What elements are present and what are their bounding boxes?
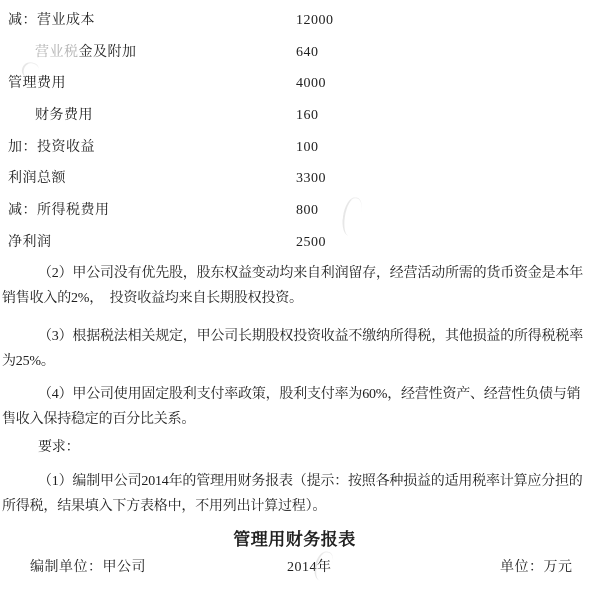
statement-row-label-rest-part: 金及附加	[79, 45, 137, 60]
statement-row: 减：所得税费用 800	[0, 195, 589, 227]
statement-row-value: 12000	[296, 5, 334, 37]
statement-row-label: 加：投资收益	[8, 132, 95, 164]
paragraph-condition-2: （2）甲公司没有优先股，股东权益变动均来自利润留存，经营活动所需的货币资金是本年…	[2, 261, 588, 311]
statement-row-label: 减：所得税费用	[8, 195, 110, 227]
statement-row-label: 净利润	[8, 227, 52, 259]
report-unit-label: 单位：万元	[500, 558, 573, 578]
paragraph-requirement-1: （1）编制甲公司2014年的管理用财务报表（提示：按照各种损益的适用税率计算应分…	[2, 469, 588, 519]
statement-row-value: 160	[296, 100, 319, 132]
statement-row-value: 640	[296, 37, 319, 69]
statement-row-value: 100	[296, 132, 319, 164]
statement-row-label: 利润总额	[8, 163, 66, 195]
report-meta-row: 编制单位：甲公司 2014年 单位：万元	[0, 558, 589, 580]
requirements-label: 要求：	[2, 435, 588, 460]
paragraph-condition-3: （3）根据税法相关规定，甲公司长期股权投资收益不缴纳所得税，其他损益的所得税税率…	[2, 324, 588, 374]
statement-row-value: 2500	[296, 227, 326, 259]
statement-row-label: 营业税金及附加	[35, 37, 137, 69]
statement-row: 管理费用 4000	[0, 68, 589, 100]
statement-row: 加：投资收益 100	[0, 132, 589, 164]
statement-row-value: 800	[296, 195, 319, 227]
income-statement-list: 减：营业成本 12000 营业税金及附加 640 管理费用 4000 财务费用 …	[0, 5, 589, 259]
statement-row: 利润总额 3300	[0, 163, 589, 195]
statement-row-value: 3300	[296, 163, 326, 195]
report-title: 管理用财务报表	[0, 530, 589, 550]
statement-row-label-faded-part: 营业税	[35, 45, 79, 60]
paragraph-condition-4: （4）甲公司使用固定股利支付率政策，股利支付率为60%，经营性资产、经营性负债与…	[2, 382, 588, 432]
statement-row-value: 4000	[296, 68, 326, 100]
statement-row: 营业税金及附加 640	[0, 37, 589, 69]
document-page: 减：营业成本 12000 营业税金及附加 640 管理费用 4000 财务费用 …	[0, 0, 589, 597]
statement-row-label: 减：营业成本	[8, 5, 95, 37]
prepared-by-label: 编制单位：甲公司	[30, 558, 146, 578]
statement-row: 财务费用 160	[0, 100, 589, 132]
statement-row: 净利润 2500	[0, 227, 589, 259]
statement-row-label: 财务费用	[35, 100, 93, 132]
statement-row: 减：营业成本 12000	[0, 5, 589, 37]
